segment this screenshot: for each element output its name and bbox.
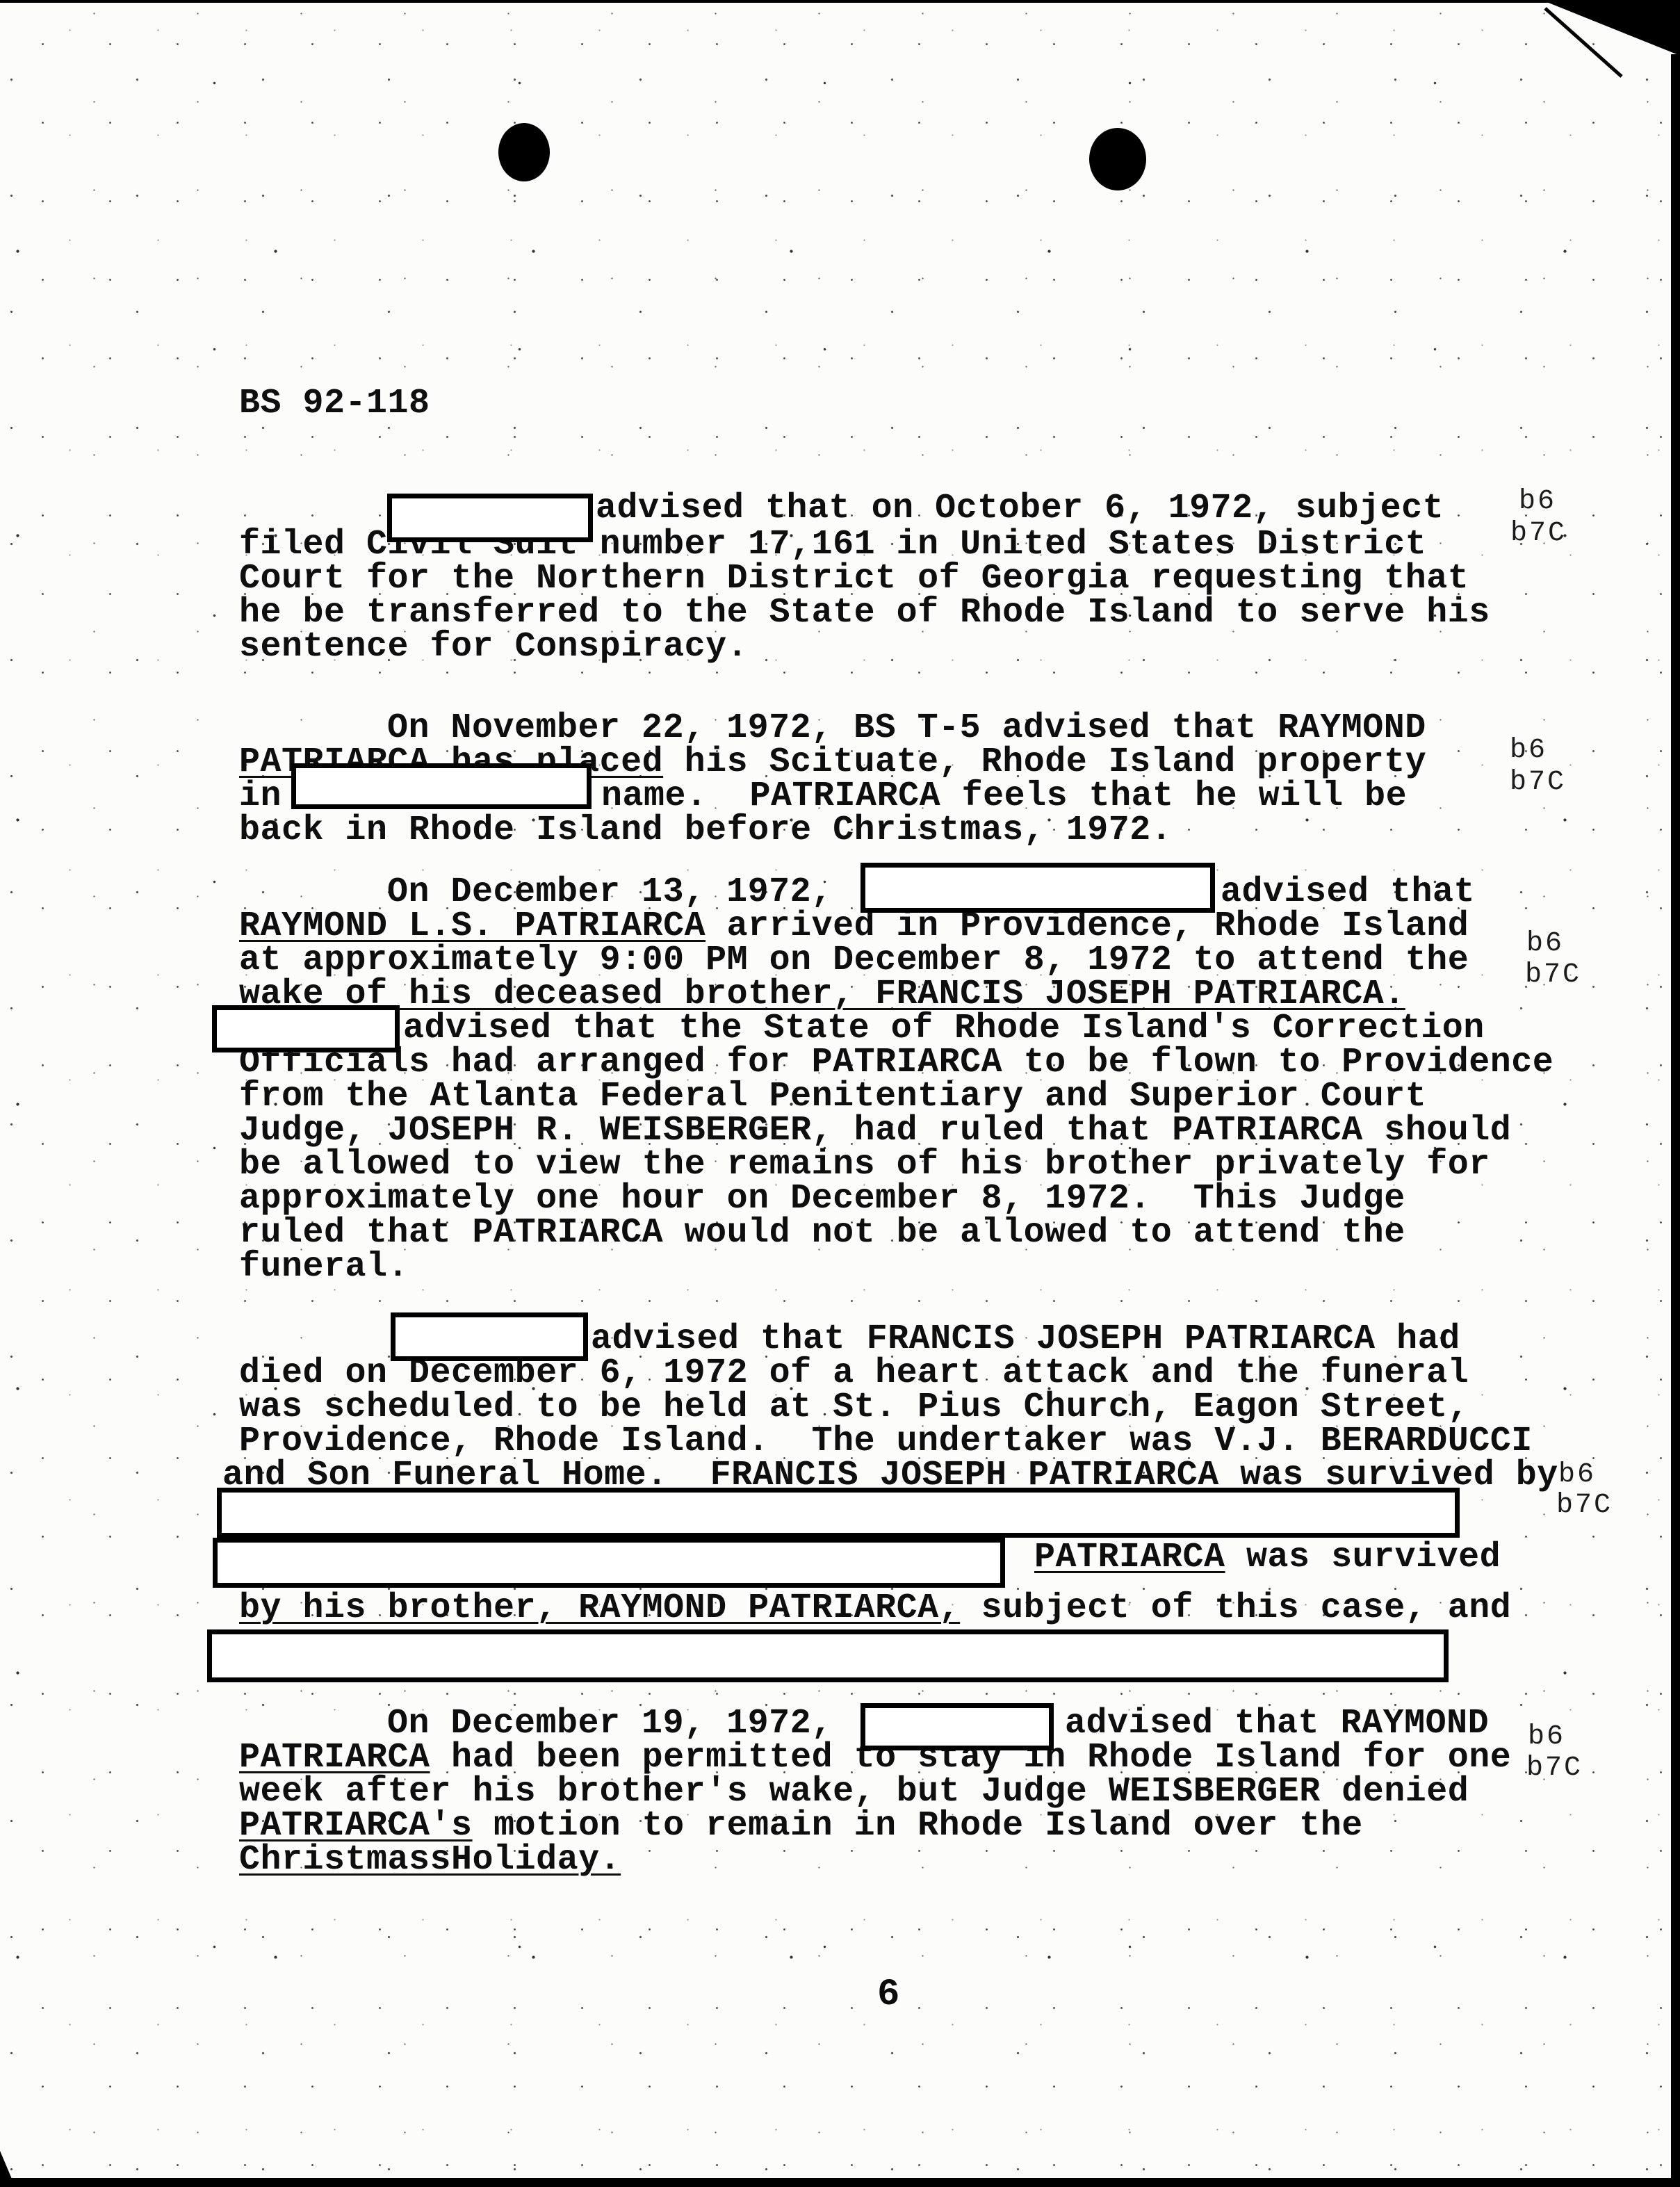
page-number: 6 xyxy=(877,1976,899,2014)
text-line: On December 13, 1972, xyxy=(387,875,833,910)
text-line: RAYMOND L.S. PATRIARCA arrived in Provid… xyxy=(239,909,1469,944)
foia-exemption-code: b6 xyxy=(1519,487,1556,517)
text-line: from the Atlanta Federal Penitentiary an… xyxy=(239,1080,1426,1114)
foia-exemption-code: b7C xyxy=(1556,1490,1613,1521)
text-line: by his brother, RAYMOND PATRIARCA, subje… xyxy=(239,1591,1511,1626)
scan-edge-bottom xyxy=(0,2178,1680,2187)
hole-punch xyxy=(1089,128,1146,190)
underlined-text: ChristmassHoliday. xyxy=(239,1840,621,1880)
text-line: sentence for Conspiracy. xyxy=(239,630,748,665)
file-number: BS 92-118 xyxy=(239,387,430,421)
page-corner-fold xyxy=(1527,0,1680,90)
foia-exemption-code: b6 xyxy=(1528,1722,1565,1753)
text-line: week after his brother's wake, but Judge… xyxy=(239,1775,1469,1810)
foia-exemption-code: b6 xyxy=(1526,929,1564,959)
redaction-box xyxy=(861,863,1215,913)
page-corner-nick xyxy=(0,2151,15,2187)
redaction-box xyxy=(291,763,592,809)
scanned-document-page: BS 92-118 6 advised that on October 6, 1… xyxy=(0,0,1680,2187)
text-line: advised that the State of Rhode Island's… xyxy=(403,1011,1485,1046)
redaction-box xyxy=(217,1488,1460,1538)
text-line: he be transferred to the State of Rhode … xyxy=(239,596,1490,631)
text-line: be allowed to view the remains of his br… xyxy=(239,1148,1490,1182)
redaction-box xyxy=(207,1629,1449,1682)
text-line: died on December 6, 1972 of a heart atta… xyxy=(239,1356,1469,1391)
text-line: approximately one hour on December 8, 19… xyxy=(239,1182,1405,1217)
foia-exemption-code: b7C xyxy=(1525,960,1581,991)
foia-exemption-code: b7C xyxy=(1510,519,1567,549)
text-line: On December 19, 1972, xyxy=(387,1707,833,1741)
text-segment: ruled that PATRIARCA would not be allowe… xyxy=(239,1213,1405,1253)
redaction-box xyxy=(213,1538,1005,1588)
redaction-box xyxy=(212,1005,400,1052)
text-line: advised that FRANCIS JOSEPH PATRIARCA ha… xyxy=(591,1322,1460,1357)
text-line: wake of his deceased brother, FRANCIS JO… xyxy=(239,977,1405,1012)
text-segment: sentence for Conspiracy. xyxy=(239,627,748,667)
text-line: PATRIARCA was survived xyxy=(1034,1540,1501,1575)
foia-exemption-code: b6 xyxy=(1510,735,1547,766)
text-line: ChristmassHoliday. xyxy=(239,1843,621,1878)
text-line: ruled that PATRIARCA would not be allowe… xyxy=(239,1216,1405,1251)
text-line: Officials had arranged for PATRIARCA to … xyxy=(239,1046,1553,1080)
text-line: back in Rhode Island before Christmas, 1… xyxy=(239,813,1172,848)
foia-exemption-code: b7C xyxy=(1526,1753,1583,1784)
text-line: name. PATRIARCA feels that he will be xyxy=(601,779,1407,814)
text-line: PATRIARCA's motion to remain in Rhode Is… xyxy=(239,1809,1363,1844)
text-segment: funeral. xyxy=(239,1247,409,1287)
scan-edge-top xyxy=(0,0,1680,3)
foia-exemption-code: b6 xyxy=(1558,1460,1596,1490)
foia-exemption-code: b7C xyxy=(1510,767,1566,798)
underlined-text: by his brother, RAYMOND PATRIARCA, xyxy=(239,1588,960,1628)
hole-punch xyxy=(498,123,550,181)
text-line: advised that RAYMOND xyxy=(1065,1707,1489,1741)
redaction-box xyxy=(861,1703,1054,1750)
text-line: On November 22, 1972, BS T-5 advised tha… xyxy=(387,711,1426,746)
text-line: advised that on October 6, 1972, subject xyxy=(596,491,1444,526)
underlined-text: PATRIARCA xyxy=(1034,1538,1225,1577)
text-segment: back in Rhode Island before Christmas, 1… xyxy=(239,811,1172,850)
text-line: in xyxy=(239,779,282,814)
text-line: at approximately 9:00 PM on December 8, … xyxy=(239,943,1469,978)
text-line: advised that xyxy=(1221,875,1475,910)
text-line: was scheduled to be held at St. Pius Chu… xyxy=(239,1390,1469,1425)
text-line: Providence, Rhode Island. The undertaker… xyxy=(239,1424,1533,1459)
redaction-box xyxy=(391,1312,588,1361)
text-line: funeral. xyxy=(239,1250,409,1285)
scan-edge-right xyxy=(1671,54,1680,2187)
text-segment: subject of this case, and xyxy=(960,1588,1511,1628)
text-line: Judge, JOSEPH R. WEISBERGER, had ruled t… xyxy=(239,1114,1511,1148)
text-segment: was survived xyxy=(1225,1538,1501,1577)
text-line: Court for the Northern District of Georg… xyxy=(239,562,1469,596)
redaction-box xyxy=(387,494,593,542)
text-segment: advised that on October 6, 1972, subject xyxy=(596,489,1444,528)
